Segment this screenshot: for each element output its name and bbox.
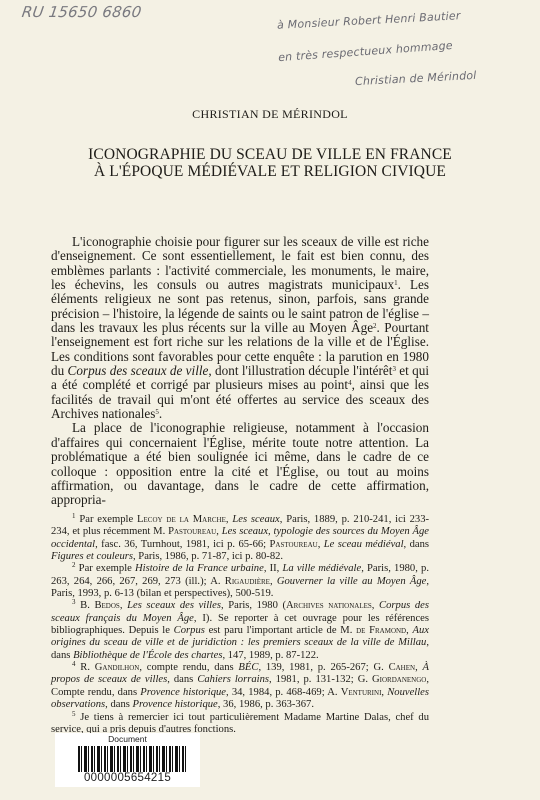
text-run: Figures et couleurs <box>51 551 133 562</box>
text-run: Rigaudière <box>225 576 270 587</box>
text-run: Venturini <box>341 687 382 698</box>
footnote-number: 3 <box>72 598 76 606</box>
handwritten-dedication-line-2: en très respectueux hommage <box>278 39 453 64</box>
text-run: Histoire de la France urbaine <box>135 563 264 574</box>
text-run: Pastoureau <box>168 526 216 537</box>
article-title: Iconographie du sceau de ville en France… <box>0 146 540 180</box>
text-run: Pastoureau <box>270 539 318 550</box>
title-line-1: Iconographie du sceau de ville en France <box>0 146 540 163</box>
text-run: Bedos <box>94 600 119 611</box>
footnote-number: 5 <box>72 710 76 718</box>
text-run: Corpus <box>174 625 205 636</box>
author-name: Christian de Mérindol <box>0 107 540 122</box>
text-run: Corpus des sceaux de ville <box>68 363 209 378</box>
handwritten-dedication-signature: Christian de Mérindol <box>355 69 477 88</box>
text-run: Les sceaux <box>232 514 279 525</box>
barcode-label: Document <box>55 734 200 744</box>
footnote-ref: 4 <box>348 379 352 387</box>
text-run: Le sceau médiéval <box>324 539 404 550</box>
footnote-number: 1 <box>72 512 76 520</box>
footnote-3: 3 B. Bedos, Les sceaux des villes, Paris… <box>51 600 429 662</box>
text-run: Provence historique <box>133 699 218 710</box>
text-run: Les sceaux des villes <box>127 600 221 611</box>
barcode-icon <box>78 746 188 772</box>
barcode-sticker: Document 0000005654215 <box>55 733 200 787</box>
text-run: Lecoy de la Marche <box>137 514 226 525</box>
footnote-number: 4 <box>72 660 76 668</box>
text-run: de Framond <box>356 625 406 636</box>
footnote-ref: 3 <box>392 365 396 373</box>
handwritten-call-number: RU 15650 6860 <box>21 3 143 21</box>
text-run: Bibliothèque de l'École des chartes <box>73 650 222 661</box>
footnote-1: 1 Par exemple Lecoy de la Marche, Les sc… <box>51 514 429 563</box>
barcode-number: 0000005654215 <box>55 772 200 784</box>
title-line-2: à l'époque médiévale et religion civique <box>0 163 540 180</box>
footnote-ref: 1 <box>394 279 398 287</box>
body-paragraph-2: La place de l'iconographie religieuse, n… <box>51 421 429 507</box>
text-run: Cahen <box>389 662 416 673</box>
footnote-ref: 5 <box>155 408 159 416</box>
footnote-ref: 2 <box>373 322 377 330</box>
text-run: Giordanengo <box>372 674 426 685</box>
footnotes: 1 Par exemple Lecoy de la Marche, Les sc… <box>51 514 429 736</box>
article-body: L'iconographie choisie pour figurer sur … <box>51 235 429 508</box>
text-run: Cahiers lorrains <box>197 674 269 685</box>
footnote-4: 4 R. Gandilhon, compte rendu, dans BÉC, … <box>51 662 429 711</box>
body-paragraph-1: L'iconographie choisie pour figurer sur … <box>51 235 429 421</box>
text-run: Provence historique <box>140 687 226 698</box>
handwritten-dedication-line-1: à Monsieur Robert Henri Bautier <box>277 9 461 32</box>
footnote-2: 2 Par exemple Histoire de la France urba… <box>51 563 429 600</box>
text-run: BÉC <box>238 662 258 673</box>
text-run: Gandilhon <box>95 662 140 673</box>
text-run: Gouverner la ville au Moyen Âge <box>277 576 427 587</box>
text-run: La ville médiévale <box>283 563 362 574</box>
text-run: Archives nationales <box>286 600 372 611</box>
footnote-number: 2 <box>72 561 76 569</box>
